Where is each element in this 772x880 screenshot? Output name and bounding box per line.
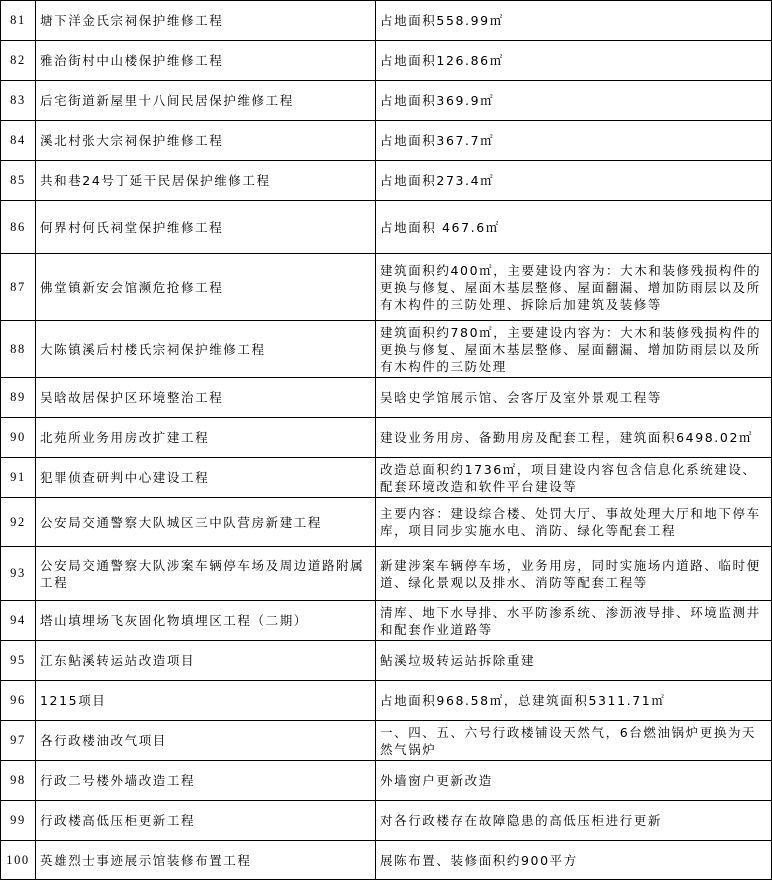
project-name: 塘下洋金氏宗祠保护维修工程 <box>36 1 376 41</box>
project-name: 江东鲇溪转运站改造项目 <box>36 641 376 681</box>
project-description: 一、四、五、六号行政楼铺设天然气，6台燃油锅炉更换为天然气锅炉 <box>376 721 772 761</box>
table-row: 83 后宅街道新屋里十八间民居保护维修工程 占地面积369.9㎡ <box>1 81 772 121</box>
project-name: 大陈镇溪后村楼氏宗祠保护维修工程 <box>36 321 376 378</box>
table-row: 89 吴晗故居保护区环境整治工程 吴晗史学馆展示馆、会客厅及室外景观工程等 <box>1 378 772 418</box>
table-row: 98 行政二号楼外墙改造工程 外墙窗户更新改造 <box>1 761 772 801</box>
row-number: 90 <box>1 418 36 458</box>
table-row: 99 行政楼高低压柜更新工程 对各行政楼存在故障隐患的高低压柜进行更新 <box>1 801 772 841</box>
table-row: 92 公安局交通警察大队城区三中队营房新建工程 主要内容：建设综合楼、处罚大厅、… <box>1 498 772 547</box>
project-description: 新建涉案车辆停车场，业务用房，同时实施场内道路、临时便道、绿化景观以及排水、消防… <box>376 547 772 601</box>
project-name: 公安局交通警察大队涉案车辆停车场及周边道路附属工程 <box>36 547 376 601</box>
project-name: 后宅街道新屋里十八间民居保护维修工程 <box>36 81 376 121</box>
table-row: 85 共和巷24号丁延干民居保护维修工程 占地面积273.4㎡ <box>1 161 772 201</box>
row-number: 92 <box>1 498 36 547</box>
row-number: 100 <box>1 841 36 880</box>
row-number: 97 <box>1 721 36 761</box>
table-row: 96 1215项目 占地面积968.58㎡，总建筑面积5311.71㎡ <box>1 681 772 721</box>
project-name: 雅治街村中山楼保护维修工程 <box>36 41 376 81</box>
row-number: 82 <box>1 41 36 81</box>
row-number: 84 <box>1 121 36 161</box>
project-description: 占地面积 467.6㎡ <box>376 201 772 254</box>
table-row: 87 佛堂镇新安会馆濒危抢修工程 建筑面积约400㎡，主要建设内容为：大木和装修… <box>1 254 772 321</box>
project-name: 溪北村张大宗祠保护维修工程 <box>36 121 376 161</box>
project-description: 建设业务用房、备勤用房及配套工程，建筑面积6498.02㎡ <box>376 418 772 458</box>
project-name: 英雄烈士事迹展示馆装修布置工程 <box>36 841 376 880</box>
project-name: 共和巷24号丁延干民居保护维修工程 <box>36 161 376 201</box>
project-description: 占地面积126.86㎡ <box>376 41 772 81</box>
project-table: 81 塘下洋金氏宗祠保护维修工程 占地面积558.99㎡ 82 雅治街村中山楼保… <box>0 0 772 880</box>
table-row: 88 大陈镇溪后村楼氏宗祠保护维修工程 建筑面积约780㎡，主要建设内容为：大木… <box>1 321 772 378</box>
project-description: 占地面积968.58㎡，总建筑面积5311.71㎡ <box>376 681 772 721</box>
project-name: 何界村何氏祠堂保护维修工程 <box>36 201 376 254</box>
project-description: 外墙窗户更新改造 <box>376 761 772 801</box>
project-description: 占地面积369.9㎡ <box>376 81 772 121</box>
row-number: 93 <box>1 547 36 601</box>
project-description: 占地面积273.4㎡ <box>376 161 772 201</box>
project-name: 犯罪侦查研判中心建设工程 <box>36 458 376 498</box>
row-number: 81 <box>1 1 36 41</box>
row-number: 87 <box>1 254 36 321</box>
project-name: 吴晗故居保护区环境整治工程 <box>36 378 376 418</box>
row-number: 99 <box>1 801 36 841</box>
table-row: 100 英雄烈士事迹展示馆装修布置工程 展陈布置、装修面积约900平方 <box>1 841 772 880</box>
project-table-body: 81 塘下洋金氏宗祠保护维修工程 占地面积558.99㎡ 82 雅治街村中山楼保… <box>1 1 772 880</box>
project-name: 北苑所业务用房改扩建工程 <box>36 418 376 458</box>
project-name: 行政二号楼外墙改造工程 <box>36 761 376 801</box>
table-row: 86 何界村何氏祠堂保护维修工程 占地面积 467.6㎡ <box>1 201 772 254</box>
row-number: 96 <box>1 681 36 721</box>
project-description: 主要内容：建设综合楼、处罚大厅、事故处理大厅和地下停车库，项目同步实施水电、消防… <box>376 498 772 547</box>
table-row: 90 北苑所业务用房改扩建工程 建设业务用房、备勤用房及配套工程，建筑面积649… <box>1 418 772 458</box>
project-description: 占地面积367.7㎡ <box>376 121 772 161</box>
table-row: 93 公安局交通警察大队涉案车辆停车场及周边道路附属工程 新建涉案车辆停车场，业… <box>1 547 772 601</box>
table-row: 81 塘下洋金氏宗祠保护维修工程 占地面积558.99㎡ <box>1 1 772 41</box>
project-description: 清库、地下水导排、水平防渗系统、渗沥液导排、环境监测井和配套作业道路等 <box>376 601 772 641</box>
row-number: 86 <box>1 201 36 254</box>
row-number: 83 <box>1 81 36 121</box>
table-row: 97 各行政楼油改气项目 一、四、五、六号行政楼铺设天然气，6台燃油锅炉更换为天… <box>1 721 772 761</box>
project-name: 各行政楼油改气项目 <box>36 721 376 761</box>
project-description: 鲇溪垃圾转运站拆除重建 <box>376 641 772 681</box>
table-row: 94 塔山填埋场飞灰固化物填埋区工程（二期） 清库、地下水导排、水平防渗系统、渗… <box>1 601 772 641</box>
row-number: 95 <box>1 641 36 681</box>
row-number: 85 <box>1 161 36 201</box>
row-number: 94 <box>1 601 36 641</box>
row-number: 98 <box>1 761 36 801</box>
project-name: 行政楼高低压柜更新工程 <box>36 801 376 841</box>
project-description: 吴晗史学馆展示馆、会客厅及室外景观工程等 <box>376 378 772 418</box>
project-description: 展陈布置、装修面积约900平方 <box>376 841 772 880</box>
project-description: 占地面积558.99㎡ <box>376 1 772 41</box>
project-description: 对各行政楼存在故障隐患的高低压柜进行更新 <box>376 801 772 841</box>
project-name: 公安局交通警察大队城区三中队营房新建工程 <box>36 498 376 547</box>
project-description: 改造总面积约1736㎡，项目建设内容包含信息化系统建设、配套环境改造和软件平台建… <box>376 458 772 498</box>
row-number: 88 <box>1 321 36 378</box>
project-name: 1215项目 <box>36 681 376 721</box>
table-row: 91 犯罪侦查研判中心建设工程 改造总面积约1736㎡，项目建设内容包含信息化系… <box>1 458 772 498</box>
table-row: 82 雅治街村中山楼保护维修工程 占地面积126.86㎡ <box>1 41 772 81</box>
row-number: 91 <box>1 458 36 498</box>
project-name: 佛堂镇新安会馆濒危抢修工程 <box>36 254 376 321</box>
project-description: 建筑面积约400㎡，主要建设内容为：大木和装修残损构件的更换与修复、屋面木基层整… <box>376 254 772 321</box>
row-number: 89 <box>1 378 36 418</box>
project-name: 塔山填埋场飞灰固化物填埋区工程（二期） <box>36 601 376 641</box>
table-row: 95 江东鲇溪转运站改造项目 鲇溪垃圾转运站拆除重建 <box>1 641 772 681</box>
table-row: 84 溪北村张大宗祠保护维修工程 占地面积367.7㎡ <box>1 121 772 161</box>
project-description: 建筑面积约780㎡，主要建设内容为：大木和装修残损构件的更换与修复、屋面木基层整… <box>376 321 772 378</box>
